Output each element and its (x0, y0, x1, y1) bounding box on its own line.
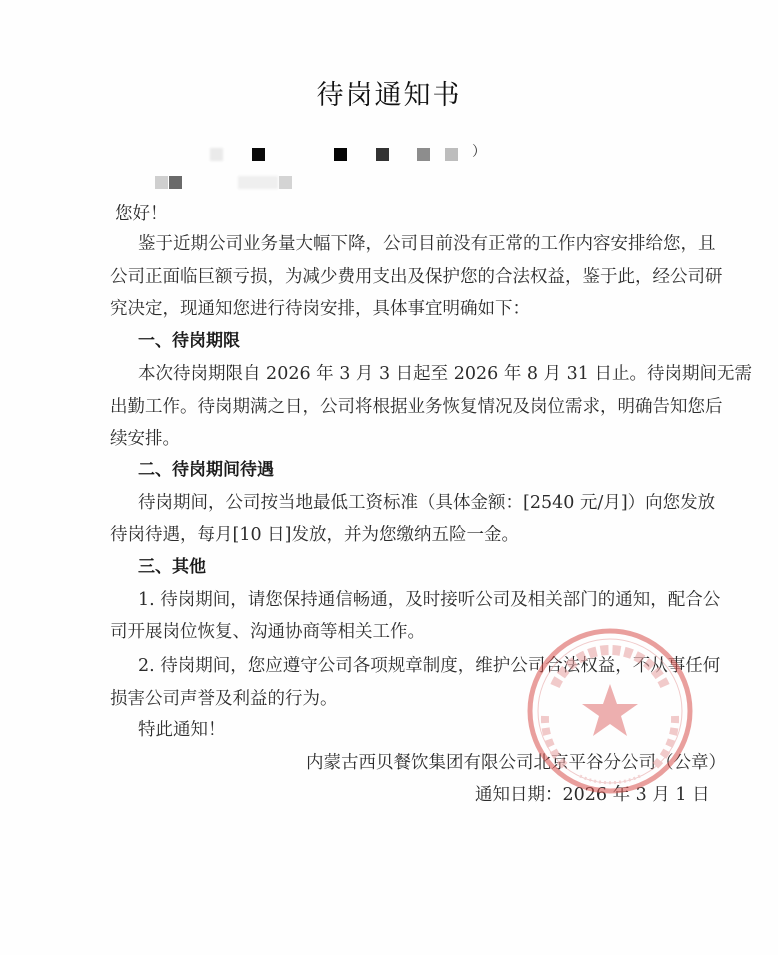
redaction-block (210, 148, 223, 161)
section-line: 1. 待岗期间，请您保持通信畅通，及时接听公司及相关部门的通知，配合公 (138, 589, 720, 611)
notice-date: 通知日期：2026 年 3 月 1 日 (475, 784, 710, 806)
section-line: 待岗期间，公司按当地最低工资标准（具体金额：[2540 元/月]）向您发放 (138, 492, 715, 514)
section-heading-period: 一、待岗期限 (138, 330, 240, 352)
redaction-block (169, 176, 182, 189)
redaction-block (417, 148, 430, 161)
greeting: 您好！ (115, 203, 168, 225)
redaction-block (252, 148, 265, 161)
redaction-block (279, 176, 292, 189)
section-line: 待岗待遇，每月[10 日]发放，并为您缴纳五险一金。 (110, 524, 519, 546)
section-line: 损害公司声誉及利益的行为。 (110, 688, 338, 710)
intro-line: 鉴于近期公司业务量大幅下降，公司目前没有正常的工作内容安排给您，且 (138, 233, 716, 255)
company-signature: 内蒙古西贝餐饮集团有限公司北京平谷分公司（公章） (306, 752, 726, 774)
section-line: 司开展岗位恢复、沟通协商等相关工作。 (110, 621, 425, 643)
document-page: 待岗通知书 ） 您好！ 鉴于近期公司业务量大幅下降，公司目前没有正常的工作内容安… (0, 0, 778, 955)
section-heading-other: 三、其他 (138, 556, 206, 578)
document-title: 待岗通知书 (0, 73, 778, 112)
recipient-closing-mark: ） (472, 141, 486, 161)
redaction-block (334, 148, 347, 161)
closing-line: 特此通知！ (138, 719, 226, 741)
section-line: 续安排。 (110, 428, 180, 450)
section-line: 2. 待岗期间，您应遵守公司各项规章制度，维护公司合法权益，不从事任何 (138, 655, 720, 677)
redaction-block (445, 148, 458, 161)
section-heading-treatment: 二、待岗期间待遇 (138, 459, 274, 481)
redaction-block (155, 176, 168, 189)
section-line: 出勤工作。待岗期满之日，公司将根据业务恢复情况及岗位需求，明确告知您后 (110, 396, 723, 418)
intro-line: 公司正面临巨额亏损，为减少费用支出及保护您的合法权益，鉴于此，经公司研 (110, 266, 723, 288)
redaction-block (376, 148, 389, 161)
intro-line: 究决定，现通知您进行待岗安排，具体事宜明确如下： (110, 298, 530, 320)
redaction-block (238, 176, 278, 189)
section-line: 本次待岗期限自 2026 年 3 月 3 日起至 2026 年 8 月 31 日… (138, 363, 752, 385)
